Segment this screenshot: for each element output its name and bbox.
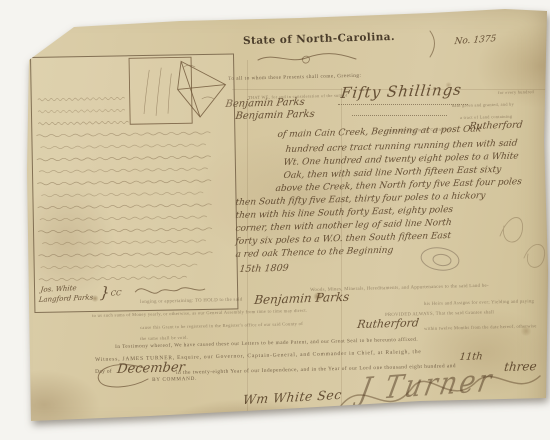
document-shadow: State of North-Carolina. No. 1375 To all… [0,0,550,440]
paper-edge-shading [0,0,550,440]
parchment-document: State of North-Carolina. No. 1375 To all… [0,0,550,440]
photo-background: State of North-Carolina. No. 1375 To all… [0,0,550,440]
